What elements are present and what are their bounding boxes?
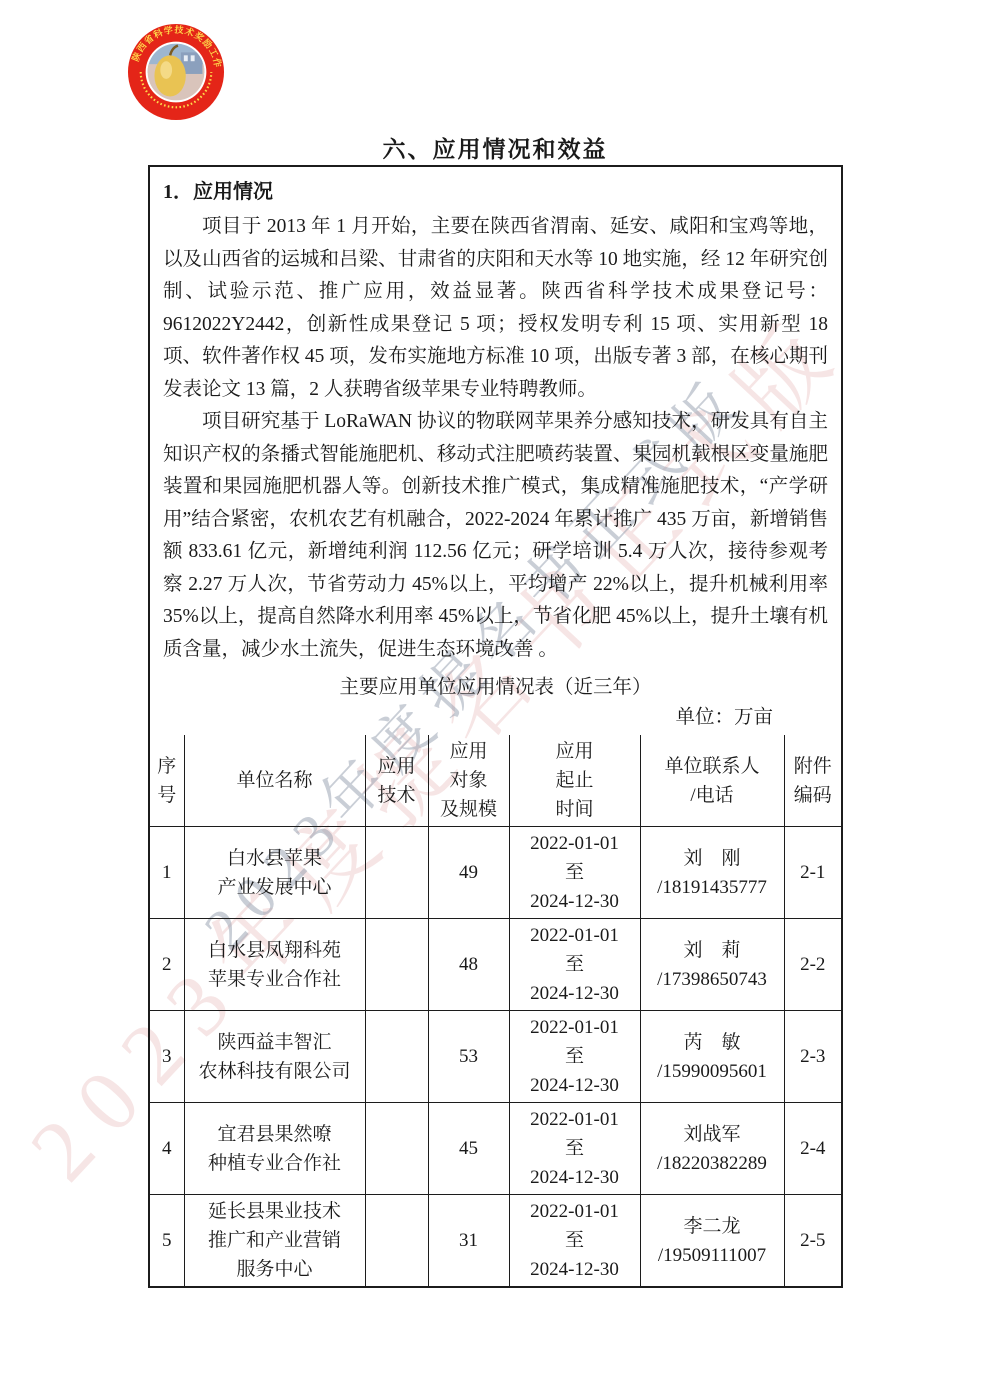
cell-period: 2022-01-01 至 2024-12-30 [509, 1011, 640, 1103]
col-header-scale: 应用 对象 及规模 [428, 735, 509, 827]
cell-scale: 49 [428, 827, 509, 919]
col-header-tech: 应用 技术 [365, 735, 428, 827]
table-row: 3 陕西益丰智汇 农林科技有限公司 53 2022-01-01 至 2024-1… [150, 1011, 841, 1103]
table-row: 2 白水县凤翔科苑 苹果专业合作社 48 2022-01-01 至 2024-1… [150, 919, 841, 1011]
cell-code: 2-4 [784, 1103, 841, 1195]
cell-no: 3 [150, 1011, 184, 1103]
application-table: 序 号 单位名称 应用 技术 应用 对象 及规模 应用 起止 时间 单位联系人 … [150, 735, 841, 1286]
cell-contact: 刘战军 /18220382289 [640, 1103, 784, 1195]
cell-unit-name: 陕西益丰智汇 农林科技有限公司 [184, 1011, 365, 1103]
paragraph-1: 项目于 2013 年 1 月开始，主要在陕西省渭南、延安、咸阳和宝鸡等地，以及山… [163, 211, 828, 406]
col-header-period: 应用 起止 时间 [509, 735, 640, 827]
table-row: 5 延长县果业技术 推广和产业营销 服务中心 31 2022-01-01 至 2… [150, 1195, 841, 1287]
unit-note: 单位：万亩 [163, 701, 828, 729]
cell-no: 1 [150, 827, 184, 919]
table-row: 1 白水县苹果 产业发展中心 49 2022-01-01 至 2024-12-3… [150, 827, 841, 919]
cell-contact: 李二龙 /19509111007 [640, 1195, 784, 1287]
table-header-row: 序 号 单位名称 应用 技术 应用 对象 及规模 应用 起止 时间 单位联系人 … [150, 735, 841, 827]
cell-code: 2-2 [784, 919, 841, 1011]
cell-no: 5 [150, 1195, 184, 1287]
seal-center-photo [148, 44, 205, 101]
cell-period: 2022-01-01 至 2024-12-30 [509, 1195, 640, 1287]
cell-code: 2-1 [784, 827, 841, 919]
col-header-contact: 单位联系人 /电话 [640, 735, 784, 827]
application-section-box: 1．应用情况 项目于 2013 年 1 月开始，主要在陕西省渭南、延安、咸阳和宝… [148, 165, 843, 1288]
cell-unit-name: 白水县凤翔科苑 苹果专业合作社 [184, 919, 365, 1011]
col-header-no: 序 号 [150, 735, 184, 827]
cell-code: 2-5 [784, 1195, 841, 1287]
paragraph-2: 项目研究基于 LoRaWAN 协议的物联网苹果养分感知技术，研发具有自主知识产权… [163, 406, 828, 666]
cell-scale: 53 [428, 1011, 509, 1103]
cell-tech [365, 1195, 428, 1287]
section-heading: 1．应用情况 [163, 175, 828, 204]
table-row: 4 宜君县果然嘹 种植专业合作社 45 2022-01-01 至 2024-12… [150, 1103, 841, 1195]
cell-scale: 45 [428, 1103, 509, 1195]
page-title: 六、应用情况和效益 [0, 131, 990, 164]
cell-contact: 刘 刚 /18191435777 [640, 827, 784, 919]
cell-period: 2022-01-01 至 2024-12-30 [509, 1103, 640, 1195]
cell-contact: 芮 敏 /15990095601 [640, 1011, 784, 1103]
col-header-name: 单位名称 [184, 735, 365, 827]
col-header-code: 附件 编码 [784, 735, 841, 827]
cell-scale: 48 [428, 919, 509, 1011]
cell-unit-name: 白水县苹果 产业发展中心 [184, 827, 365, 919]
cell-code: 2-3 [784, 1011, 841, 1103]
cell-scale: 31 [428, 1195, 509, 1287]
cell-unit-name: 宜君县果然嘹 种植专业合作社 [184, 1103, 365, 1195]
application-text-area: 1．应用情况 项目于 2013 年 1 月开始，主要在陕西省渭南、延安、咸阳和宝… [150, 167, 841, 735]
cell-tech [365, 1011, 428, 1103]
org-seal-logo: 陕西省科学技术奖励工作办公室 [127, 23, 225, 121]
cell-unit-name: 延长县果业技术 推广和产业营销 服务中心 [184, 1195, 365, 1287]
cell-tech [365, 919, 428, 1011]
table-caption: 主要应用单位应用情况表（近三年） [163, 671, 828, 699]
cell-period: 2022-01-01 至 2024-12-30 [509, 919, 640, 1011]
cell-no: 4 [150, 1103, 184, 1195]
cell-contact: 刘 莉 /17398650743 [640, 919, 784, 1011]
cell-tech [365, 1103, 428, 1195]
cell-period: 2022-01-01 至 2024-12-30 [509, 827, 640, 919]
seal-graphic: 陕西省科学技术奖励工作办公室 [127, 23, 225, 121]
cell-no: 2 [150, 919, 184, 1011]
cell-tech [365, 827, 428, 919]
